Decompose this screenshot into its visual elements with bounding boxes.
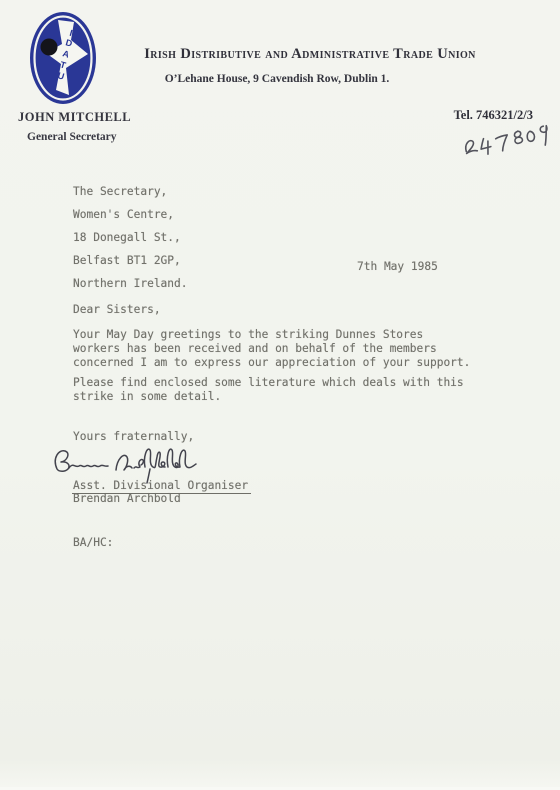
recipient-line: 18 Donegall St., <box>73 232 188 244</box>
official-name: JOHN MITCHELL <box>18 110 131 125</box>
recipient-line: The Secretary, <box>73 186 188 198</box>
telephone-number: Tel. 746321/2/3 <box>454 108 533 123</box>
logo-dot <box>41 39 58 56</box>
letter-date: 7th May 1985 <box>357 260 438 273</box>
idatu-logo: I D A T U <box>28 8 98 108</box>
salutation: Dear Sisters, <box>73 303 161 316</box>
recipient-block: The Secretary, Women's Centre, 18 Donega… <box>73 174 188 302</box>
recipient-line: Belfast BT1 2GP, <box>73 255 188 267</box>
org-address: O’Lehane House, 9 Cavendish Row, Dublin … <box>57 73 497 85</box>
reference-initials: BA/HC: <box>73 536 113 549</box>
letter-page: I D A T U Irish Distributive and Adminis… <box>0 0 560 790</box>
org-name: Irish Distributive and Administrative Tr… <box>100 46 520 63</box>
signer-name: Brendan Archbold <box>73 492 181 505</box>
recipient-line: Women's Centre, <box>73 209 188 221</box>
body-paragraph: Your May Day greetings to the striking D… <box>73 328 470 370</box>
body-paragraph: Please find enclosed some literature whi… <box>73 376 464 404</box>
handwritten-number <box>460 122 555 158</box>
official-title: General Secretary <box>27 131 117 143</box>
recipient-line: Northern Ireland. <box>73 278 188 290</box>
